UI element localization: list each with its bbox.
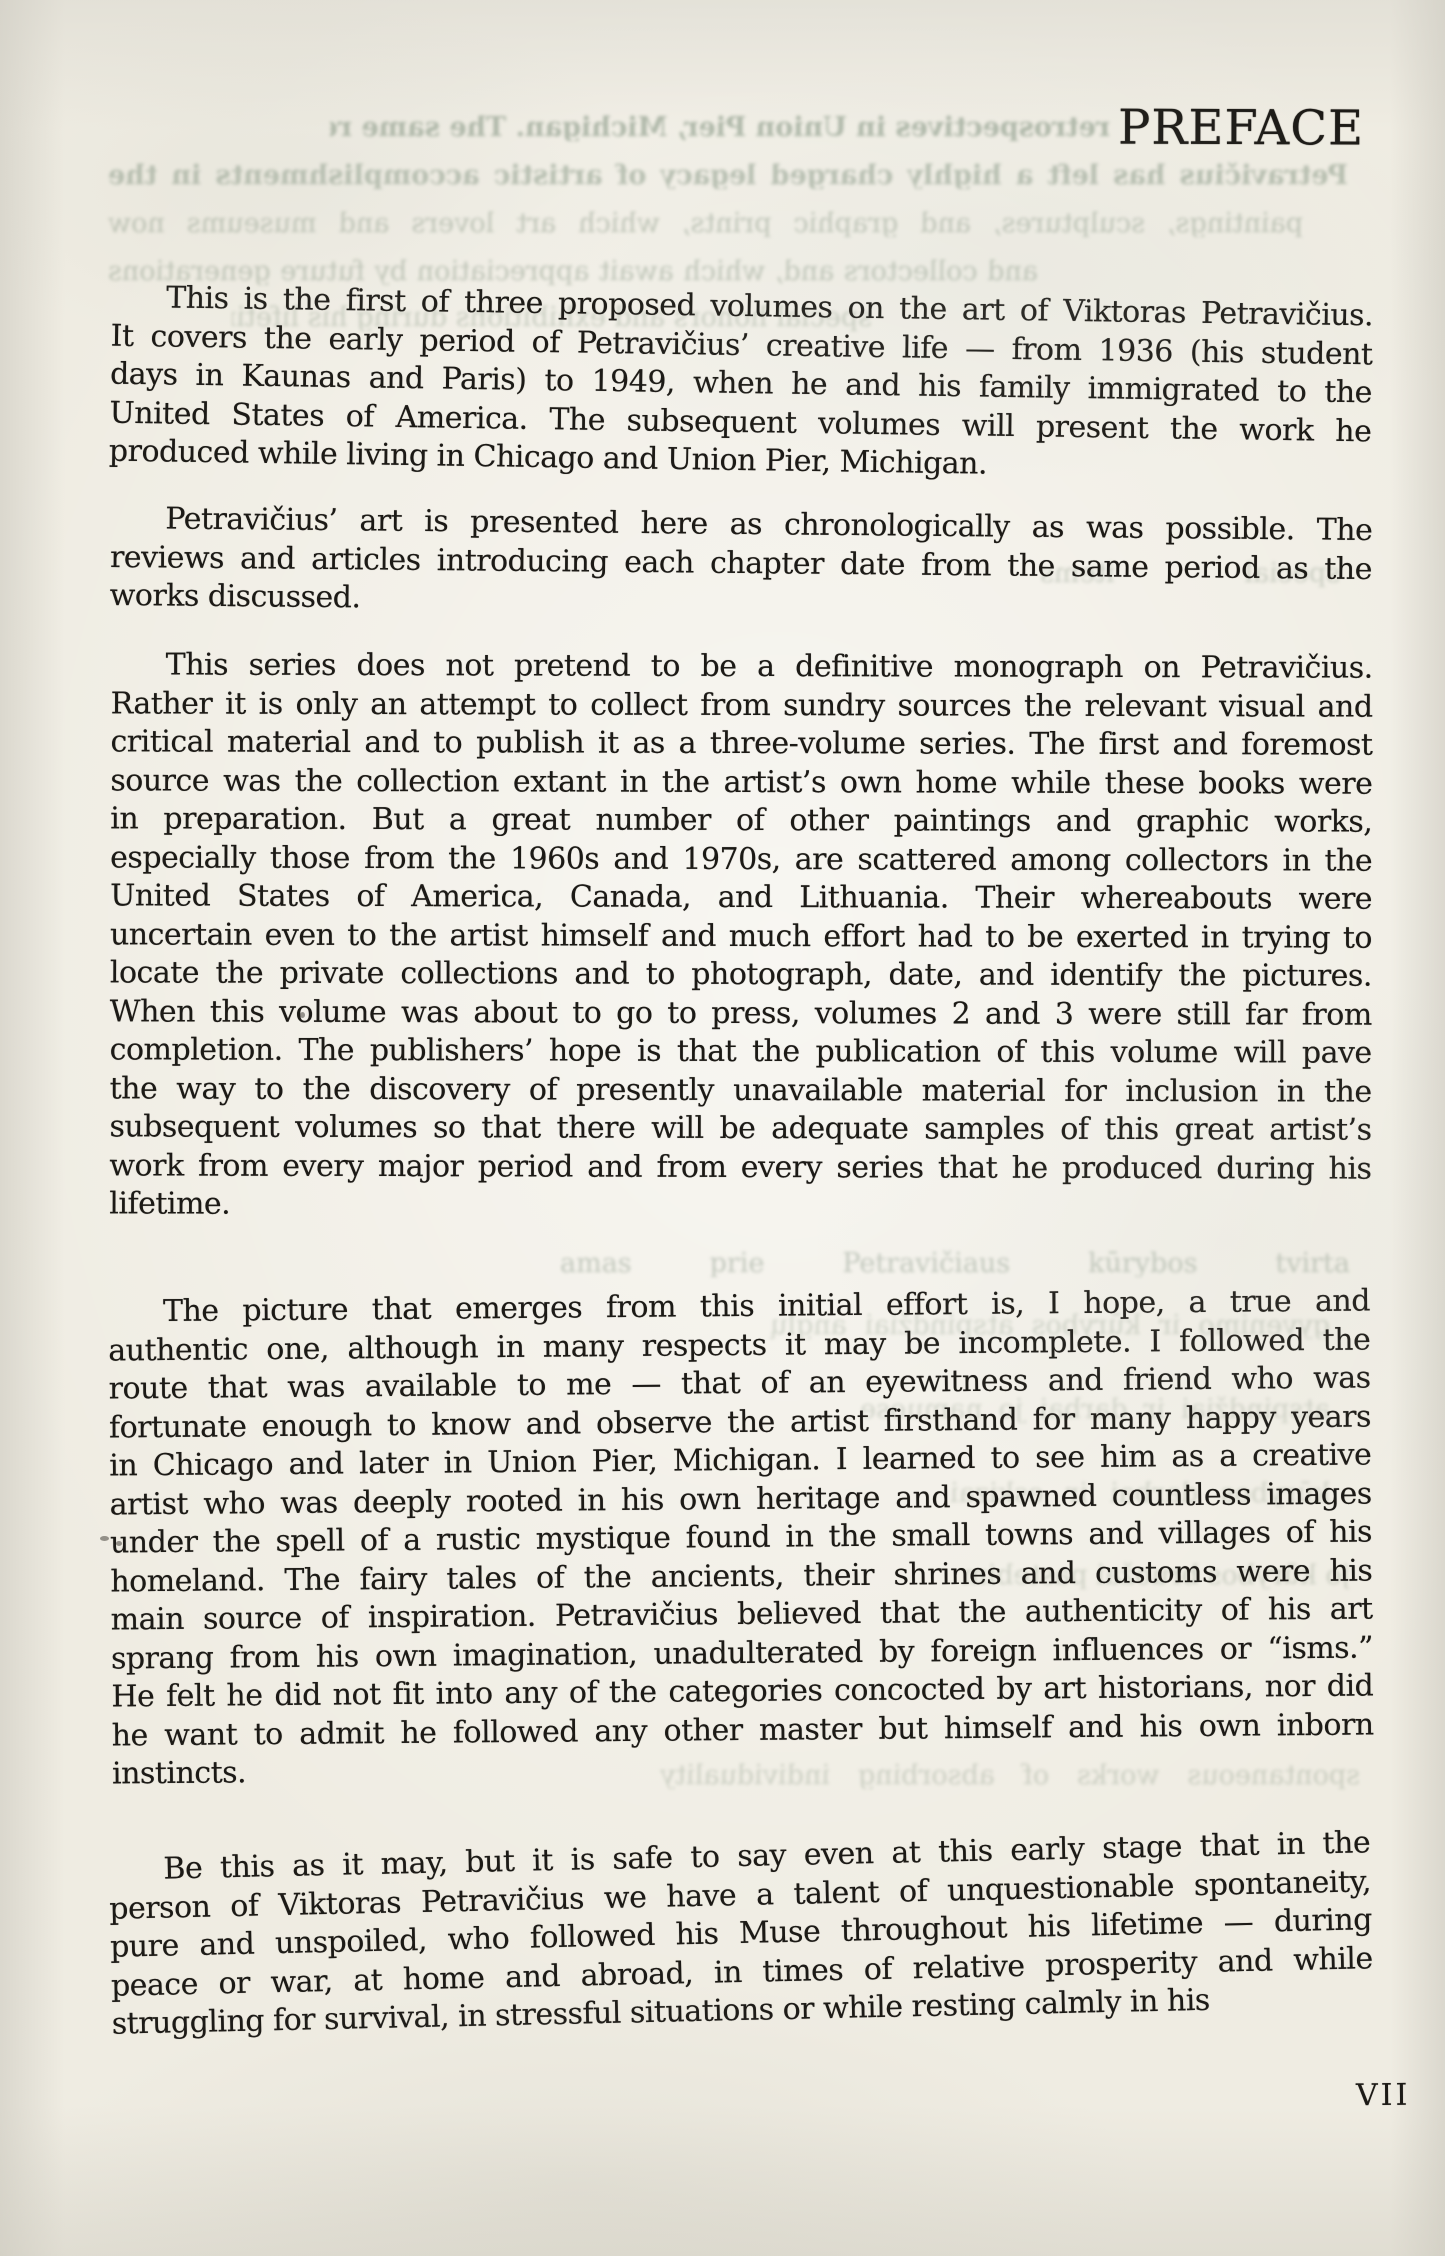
text-line: critical material and to publish it as a… [110, 723, 1372, 765]
text-line: the way to the discovery of presently un… [110, 1070, 1372, 1112]
text-line: uncertain even to the artist himself and… [110, 916, 1372, 958]
text-line: completion. The publishers’ hope is that… [110, 1031, 1372, 1073]
ink-speck [116, 1541, 122, 1546]
paragraph: The picture that emerges from this initi… [108, 1283, 1374, 1794]
paragraph: Petravičius’ art is presented here as ch… [109, 500, 1372, 628]
paragraph: This series does not pretend to be a def… [109, 646, 1373, 1227]
text-line: work from every major period and from ev… [109, 1147, 1371, 1189]
ink-speck [300, 1012, 305, 1018]
text-line: in preparation. But a great number of ot… [110, 800, 1372, 842]
text-line: especially those from the 1960s and 1970… [110, 839, 1372, 881]
ink-speck [100, 1536, 109, 1541]
paragraph: Be this as it may, but it is safe to say… [108, 1824, 1374, 2044]
text-line: Rather it is only an attempt to collect … [111, 685, 1373, 727]
text-line: subsequent volumes so that there will be… [109, 1108, 1371, 1150]
paragraph: This is the first of three proposed volu… [109, 279, 1374, 490]
text-line: United States of America, Canada, and Li… [110, 877, 1372, 919]
text-block: This is the first of three proposed volu… [0, 0, 1445, 2256]
text-line: lifetime. [109, 1185, 1371, 1227]
text-line: source was the collection extant in the … [110, 762, 1372, 804]
text-line: locate the private collections and to ph… [110, 954, 1372, 996]
text-line: This series does not pretend to be a def… [111, 646, 1373, 688]
scanned-book-page: retrospectives in Union Pier, Michigan. … [0, 0, 1445, 2256]
page-number: VII [1356, 2078, 1411, 2113]
